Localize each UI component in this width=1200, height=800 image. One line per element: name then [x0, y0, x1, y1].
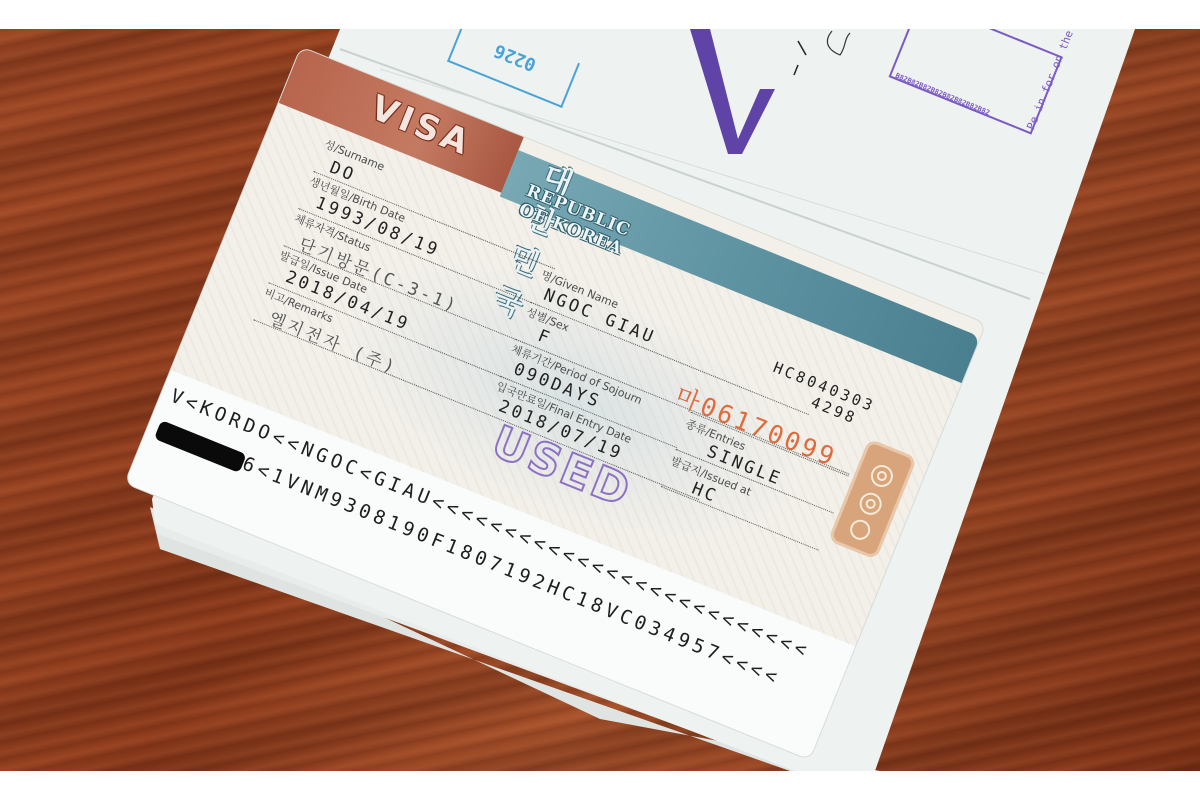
- purple-exit-stamp: B82B82B82B82B82B82B82B82 Pe in for on th…: [889, 29, 1063, 135]
- pen-mark: [780, 39, 820, 89]
- purple-triangle-stamp: [680, 29, 790, 159]
- passport: 0226 B82B82B82B82B82B82B82B82 Pe in for …: [0, 29, 1200, 771]
- photo-area: 0226 B82B82B82B82B82B82B82B82 Pe in for …: [0, 29, 1200, 771]
- blue-entry-stamp: 0226: [447, 29, 580, 108]
- signature-scribble: [820, 29, 860, 69]
